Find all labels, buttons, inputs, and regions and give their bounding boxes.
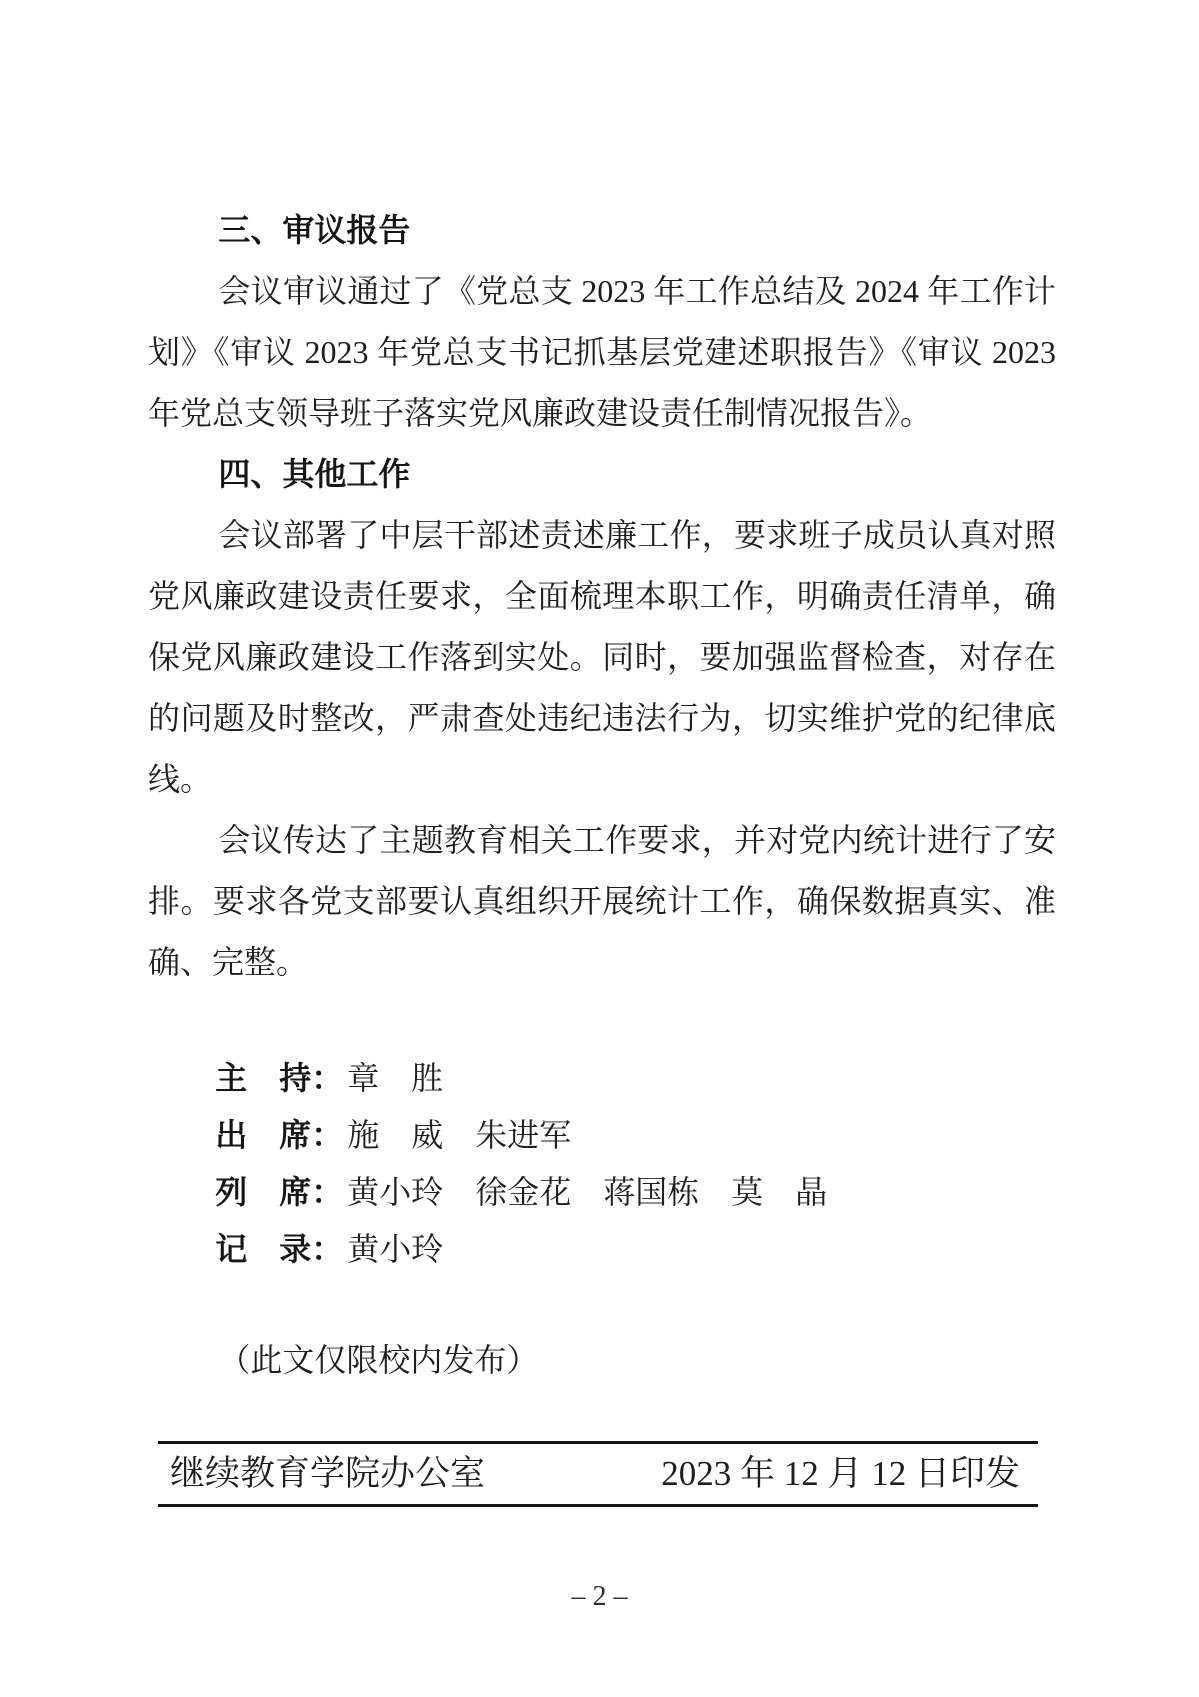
document-page: 三、审议报告 会议审议通过了《党总支 2023 年工作总结及 2024 年工作计… (0, 0, 1199, 1697)
attendance-row-observers: 列 席：黄小玲 徐金花 蒋国栋 莫 晶 (148, 1164, 1056, 1221)
document-body: 三、审议报告 会议审议通过了《党总支 2023 年工作总结及 2024 年工作计… (148, 200, 1056, 1391)
colophon-block: 继续教育学院办公室 2023 年 12 月 12 日印发 (158, 1441, 1038, 1507)
attendance-row-recorder: 记 录：黄小玲 (148, 1221, 1056, 1278)
print-date: 2023 年 12 月 12 日印发 (661, 1454, 1020, 1494)
attendance-label: 列 席： (215, 1164, 343, 1221)
page-number: – 2 – (0, 1580, 1199, 1614)
attendance-names: 黄小玲 (347, 1221, 443, 1278)
colophon-row: 继续教育学院办公室 2023 年 12 月 12 日印发 (158, 1444, 1038, 1504)
section-heading-3: 三、审议报告 (148, 200, 1056, 261)
attendance-names: 施 威 朱进军 (347, 1107, 571, 1164)
attendance-label: 主 持： (215, 1050, 343, 1107)
attendance-row-present: 出 席：施 威 朱进军 (148, 1107, 1056, 1164)
attendance-label: 出 席： (215, 1107, 343, 1164)
paragraph-review-reports: 会议审议通过了《党总支 2023 年工作总结及 2024 年工作计划》《审议 2… (148, 261, 1056, 444)
section-heading-4: 四、其他工作 (148, 444, 1056, 505)
distribution-note: （此文仅限校内发布） (148, 1330, 1056, 1391)
attendance-names: 章 胜 (347, 1050, 443, 1107)
attendance-label: 记 录： (215, 1221, 343, 1278)
attendance-block: 主 持：章 胜 出 席：施 威 朱进军 列 席：黄小玲 徐金花 蒋国栋 莫 晶 … (148, 1050, 1056, 1278)
paragraph-statistics: 会议传达了主题教育相关工作要求，并对党内统计进行了安排。要求各党支部要认真组织开… (148, 810, 1056, 993)
attendance-row-host: 主 持：章 胜 (148, 1050, 1056, 1107)
attendance-names: 黄小玲 徐金花 蒋国栋 莫 晶 (347, 1164, 827, 1221)
paragraph-other-work: 会议部署了中层干部述责述廉工作，要求班子成员认真对照党风廉政建设责任要求，全面梳… (148, 505, 1056, 810)
issuing-office: 继续教育学院办公室 (170, 1454, 485, 1494)
